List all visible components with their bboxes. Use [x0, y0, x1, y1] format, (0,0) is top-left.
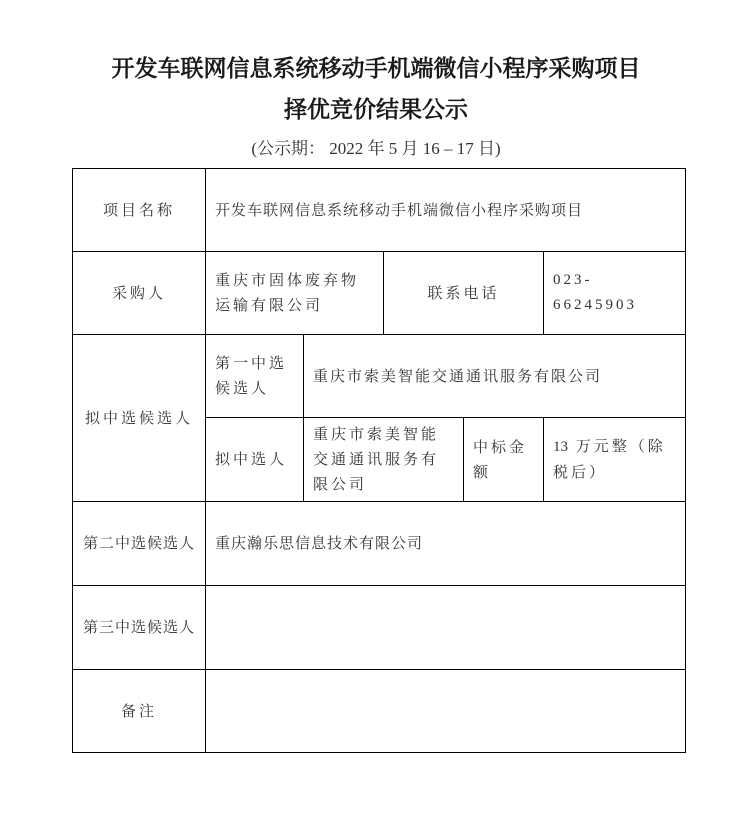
proposed-winner-label: 拟中选人: [206, 418, 304, 502]
publicity-period: (公示期： 2022 年 5 月 16 – 17 日): [0, 134, 752, 159]
row-first-candidate: 拟中选候选人 第一中选候选人 重庆市索美智能交通通讯服务有限公司: [73, 335, 686, 418]
remarks-value: [206, 670, 686, 753]
row-third-candidate: 第三中选候选人: [73, 586, 686, 670]
row-remarks: 备注: [73, 670, 686, 753]
project-name-value: 开发车联网信息系统移动手机端微信小程序采购项目: [206, 169, 686, 252]
proposed-candidate-label: 拟中选候选人: [73, 335, 206, 502]
result-table: 项目名称 开发车联网信息系统移动手机端微信小程序采购项目 采购人 重庆市固体废弃…: [72, 168, 686, 753]
row-project-name: 项目名称 开发车联网信息系统移动手机端微信小程序采购项目: [73, 169, 686, 252]
document-title-line2: 择优竞价结果公示: [0, 91, 752, 124]
contact-phone-value: 023-66245903: [544, 252, 686, 335]
second-candidate-label: 第二中选候选人: [73, 502, 206, 586]
project-name-label: 项目名称: [73, 169, 206, 252]
remarks-label: 备注: [73, 670, 206, 753]
proposed-winner-value: 重庆市索美智能交通通讯服务有限公司: [304, 418, 464, 502]
row-purchaser: 采购人 重庆市固体废弃物运输有限公司 联系电话 023-66245903: [73, 252, 686, 335]
bid-amount-number: 13: [553, 439, 568, 455]
third-candidate-value: [206, 586, 686, 670]
second-candidate-value: 重庆瀚乐思信息技术有限公司: [206, 502, 686, 586]
bid-amount-label: 中标金额: [464, 418, 544, 502]
row-second-candidate: 第二中选候选人 重庆瀚乐思信息技术有限公司: [73, 502, 686, 586]
contact-phone-label: 联系电话: [384, 252, 544, 335]
purchaser-label: 采购人: [73, 252, 206, 335]
bid-amount-value: 13 万元整（除税后）: [544, 418, 686, 502]
first-candidate-value: 重庆市索美智能交通通讯服务有限公司: [304, 335, 686, 418]
third-candidate-label: 第三中选候选人: [73, 586, 206, 670]
first-candidate-label: 第一中选候选人: [206, 335, 304, 418]
document-title-line1: 开发车联网信息系统移动手机端微信小程序采购项目: [0, 50, 752, 83]
bid-amount-text: 万元整（除税后）: [553, 437, 666, 481]
purchaser-value: 重庆市固体废弃物运输有限公司: [206, 252, 384, 335]
